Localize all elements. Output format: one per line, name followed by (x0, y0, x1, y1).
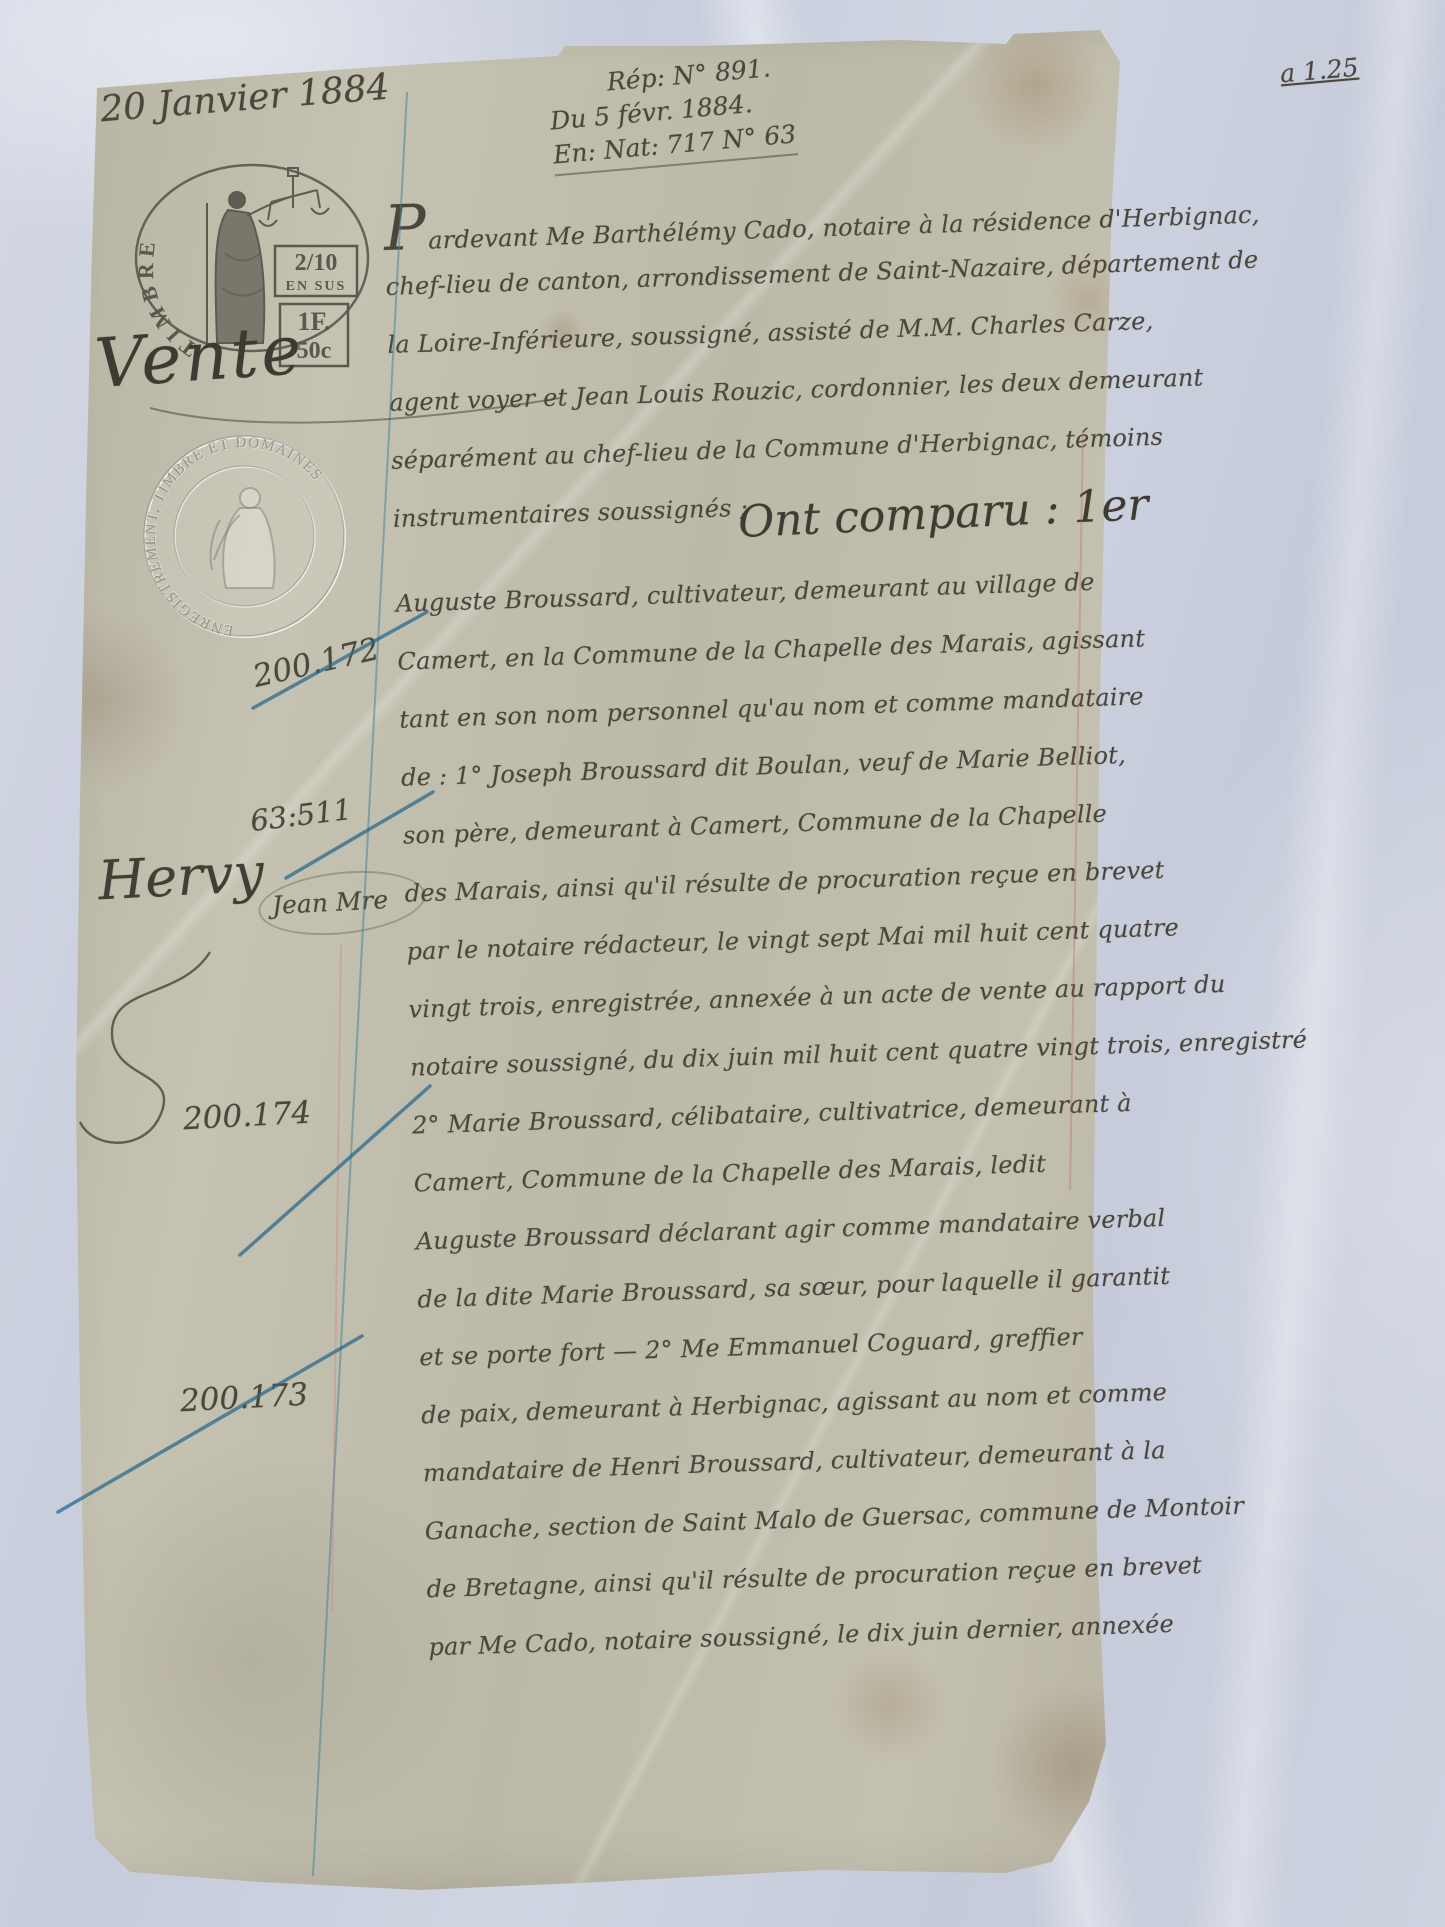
price-annotation: a 1.25 (1279, 53, 1360, 89)
margin-note-200-174: 200.174 (182, 1095, 312, 1138)
manuscript-body: Pardevant Me Barthélémy Cado, notaire à … (383, 177, 1149, 1676)
signature-hervy: Hervy (96, 841, 265, 913)
photo-background: 20 Janvier 1884 Rép: N° 891. Du 5 févr. … (0, 0, 1445, 1927)
vente-title: Vente (92, 311, 306, 404)
margin-note-200-173: 200.173 (179, 1377, 309, 1420)
registry-annotation: Rép: N° 891. Du 5 févr. 1884. En: Nat: 7… (546, 50, 798, 177)
